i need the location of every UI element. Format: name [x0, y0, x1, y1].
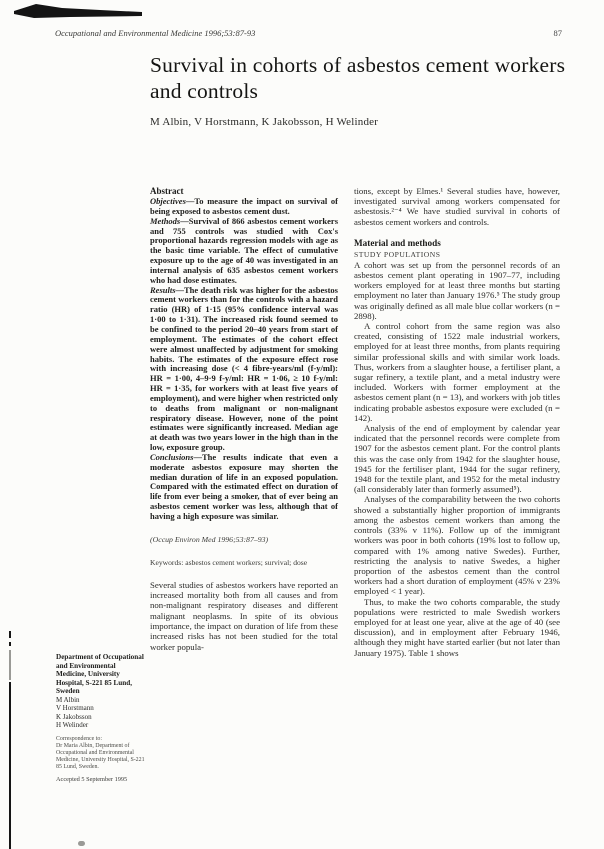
body-paragraph: A cohort was set up from the personnel r… [354, 260, 560, 321]
body-paragraph: Analysis of the end of employment by cal… [354, 423, 560, 494]
page-number: 87 [554, 28, 563, 38]
correspondence-label: Correspondence to: [56, 736, 146, 743]
scan-line-left-dash [9, 631, 11, 638]
abstract-methods-label: Methods [150, 216, 180, 226]
running-head: Occupational and Environmental Medicine … [55, 28, 562, 38]
abstract-conclusions-text: —The results indicate that even a modera… [150, 452, 338, 521]
affiliation-author: H Welinder [56, 721, 146, 729]
article-title: Survival in cohorts of asbestos cement w… [150, 52, 570, 104]
issue-info: 1996;53:87-93 [202, 28, 255, 38]
journal-page: Occupational and Environmental Medicine … [0, 0, 604, 849]
body-paragraph: Analyses of the comparability between th… [354, 494, 560, 596]
abstract-objectives: Objectives—To measure the impact on surv… [150, 197, 338, 217]
accepted-date: Accepted 5 September 1995 [56, 776, 146, 783]
scan-line-left-dash [9, 642, 11, 646]
abstract-methods: Methods—Survival of 866 asbestos cement … [150, 217, 338, 286]
abstract-results-text: —The death risk was higher for the asbes… [150, 285, 338, 453]
journal-name: Occupational and Environmental Medicine [55, 28, 202, 38]
journal-reference: Occupational and Environmental Medicine … [55, 28, 255, 38]
affiliation-address: Department of Occupational and Environme… [56, 653, 146, 696]
scan-speck-bottom [78, 841, 85, 846]
citation-line: (Occup Environ Med 1996;53:87–93) [150, 535, 338, 544]
section-heading-material-methods: Material and methods [354, 238, 560, 248]
body-column: tions, except by Elmes.¹ Several studies… [354, 186, 560, 658]
subsection-heading-study-populations: STUDY POPULATIONS [354, 250, 560, 259]
abstract-conclusions: Conclusions—The results indicate that ev… [150, 453, 338, 522]
intro-paragraph: Several studies of asbestos workers have… [150, 580, 338, 652]
author-line: M Albin, V Horstmann, K Jakobsson, H Wel… [150, 116, 550, 128]
affiliation-block: Department of Occupational and Environme… [56, 653, 146, 783]
body-paragraph: Thus, to make the two cohorts comparable… [354, 597, 560, 658]
scan-smudge-top-left [0, 0, 160, 24]
correspondence-address: Dr Maria Albin, Department of Occupation… [56, 743, 146, 771]
abstract-methods-text: —Survival of 866 asbestos cement workers… [150, 216, 338, 285]
abstract-heading: Abstract [150, 186, 338, 196]
affiliation-author: V Horstmann [56, 704, 146, 712]
body-paragraph: A control cohort from the same region wa… [354, 321, 560, 423]
affiliation-author: M Albin [56, 696, 146, 704]
keywords-line: Keywords: asbestos cement workers; survi… [150, 558, 338, 567]
affiliation-author: K Jakobsson [56, 713, 146, 721]
abstract-column: Abstract Objectives—To measure the impac… [150, 186, 338, 652]
abstract-results-label: Results [150, 285, 176, 295]
abstract-conclusions-label: Conclusions [150, 452, 193, 462]
abstract-results: Results—The death risk was higher for th… [150, 286, 338, 453]
body-paragraph: tions, except by Elmes.¹ Several studies… [354, 186, 560, 227]
abstract-objectives-label: Objectives [150, 196, 186, 206]
scan-line-left-faint [9, 650, 11, 680]
scan-line-left-solid [9, 682, 11, 849]
